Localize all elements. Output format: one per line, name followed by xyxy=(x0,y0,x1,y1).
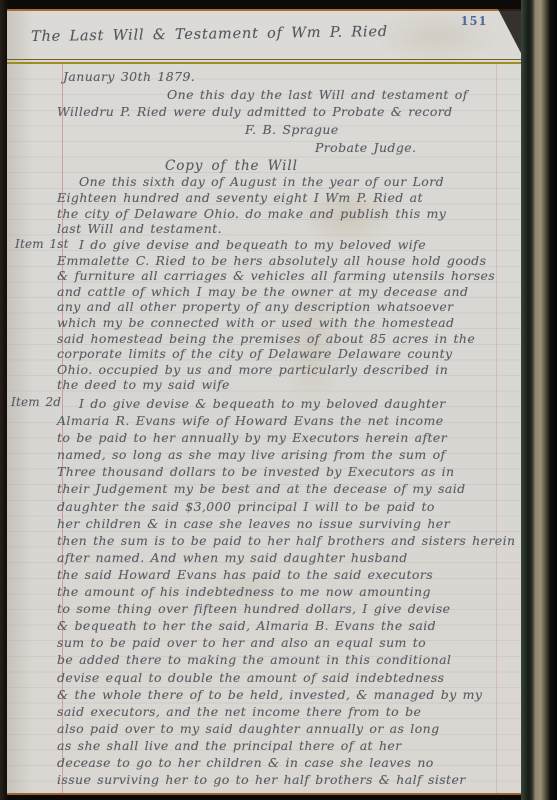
opening-line: last Will and testament. xyxy=(57,221,446,237)
page-number: 151 xyxy=(461,14,488,30)
will-title: The Last Will & Testament of Wm P. Ried xyxy=(31,24,388,45)
probate-line: Willedru P. Ried were duly admitted to P… xyxy=(57,104,453,119)
item-line: & furniture all carriages & vehicles all… xyxy=(57,268,495,284)
item-line: decease to go to her children & in case … xyxy=(57,754,515,771)
opening-line: the city of Delaware Ohio. do make and p… xyxy=(57,206,446,222)
item-line: Three thousand dollars to be invested by… xyxy=(57,463,515,480)
item-line: Emmalette C. Ried to be hers absolutely … xyxy=(57,253,495,269)
item-line: any and all other property of any descri… xyxy=(57,299,495,315)
opening-line: One this sixth day of August in the year… xyxy=(79,174,446,190)
item-line: named, so long as she may live arising f… xyxy=(57,446,515,463)
ledger-page: 151 The Last Will & Testament of Wm P. R… xyxy=(7,9,521,795)
item-line: & bequeath to her the said, Almaria B. E… xyxy=(57,617,515,634)
item-line: the deed to my said wife xyxy=(57,377,495,393)
probate-line: One this day the last Will and testament… xyxy=(167,87,468,102)
item-line: which my be connected with or used with … xyxy=(57,315,495,331)
item-line: also paid over to my said daughter annua… xyxy=(57,720,515,737)
opening-paragraph: One this sixth day of August in the year… xyxy=(57,174,446,237)
item-line: corporate limits of the city of Delaware… xyxy=(57,346,495,362)
item-line: issue surviving her to go to her half br… xyxy=(57,771,515,788)
item-line: daughter the said $3,000 principal I wil… xyxy=(57,498,515,515)
item-line: & the whole there of to be held, investe… xyxy=(57,686,515,703)
item-line: after named. And when my said daughter h… xyxy=(57,549,515,566)
item-2-paragraph: I do give devise & bequeath to my belove… xyxy=(57,395,515,788)
head-rule xyxy=(7,59,521,64)
scanned-ledger-screenshot: 151 The Last Will & Testament of Wm P. R… xyxy=(0,0,557,800)
item-line: the said Howard Evans has paid to the sa… xyxy=(57,566,515,583)
copy-heading: Copy of the Will xyxy=(165,158,298,174)
item-line: Ohio. occupied by us and more particular… xyxy=(57,362,495,378)
item-line: as she shall live and the principal ther… xyxy=(57,737,515,754)
item-line: I do give devise and bequeath to my belo… xyxy=(79,237,495,253)
item-line: to some thing over fifteen hundred dolla… xyxy=(57,600,515,617)
item-line: sum to be paid over to her and also an e… xyxy=(57,634,515,651)
item-line: then the sum is to be paid to her half b… xyxy=(57,532,515,549)
probate-date-line: January 30th 1879. xyxy=(63,69,195,84)
item-line: I do give devise & bequeath to my belove… xyxy=(79,395,515,412)
item-line: devise equal to double the amount of sai… xyxy=(57,669,515,686)
item-line: Almaria R. Evans wife of Howard Evans th… xyxy=(57,412,515,429)
item-line: and cattle of which I may be the owner a… xyxy=(57,284,495,300)
item-line: the amount of his indebtedness to me now… xyxy=(57,583,515,600)
book-fore-edge xyxy=(521,0,557,800)
item-line: her children & in case she leaves no iss… xyxy=(57,515,515,532)
item-line: to be paid to her annually by my Executo… xyxy=(57,429,515,446)
opening-line: Eighteen hundred and seventy eight I Wm … xyxy=(57,190,446,206)
judge-title: Probate Judge. xyxy=(315,140,416,155)
item-line: their Judgement my be best and at the de… xyxy=(57,480,515,497)
item-1-paragraph: I do give devise and bequeath to my belo… xyxy=(57,237,495,393)
item-2-marker: Item 2d xyxy=(11,395,61,409)
judge-signature: F. B. Sprague xyxy=(245,122,339,137)
item-line: said homestead being the premises of abo… xyxy=(57,331,495,347)
item-line: said executors, and the net income there… xyxy=(57,703,515,720)
item-line: be added there to making the amount in t… xyxy=(57,651,515,668)
